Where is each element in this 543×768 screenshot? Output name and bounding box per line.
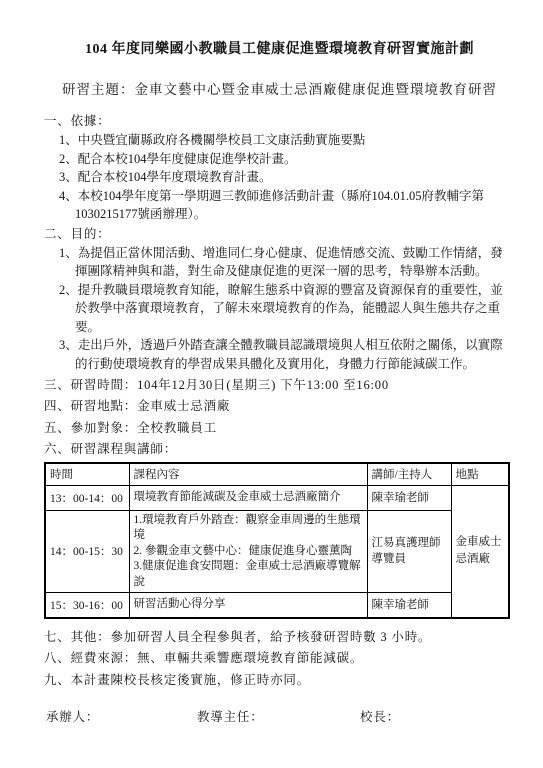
section-funding: 八、經費來源：無、車輛共乘響應環境教育節能減碳。 [44,649,515,668]
section-attendees: 五、參加對象：全校教職員工 [44,419,515,438]
location-merged-cell: 金車威士忌酒廠 [451,485,509,618]
row1-time: 13：00-14：00 [45,485,129,510]
section-purpose-heading: 二、目的： [44,225,515,244]
section-time: 三、研習時間：104年12月30日(星期三) 下午13:00 至16:00 [44,376,515,395]
section-basis-heading: 一、依據： [44,112,515,131]
signature-row: 承辦人： 教導主任： 校長： [44,707,515,726]
document-page: 104 年度同樂國小教職員工健康促進暨環境教育研習實施計劃 研習主題：金車文藝中… [0,0,543,768]
basis-item-3: 3、配合本校104學年度環境教育計畫。 [44,168,515,187]
signature-organizer-label: 承辦人： [46,707,99,725]
row3-content: 研習活動心得分享 [129,593,367,618]
row2-lecturer-line-1: 江易真護理師 [372,535,447,551]
row2-time: 14：00-15：30 [45,510,129,593]
row2-content-line-1: 1.環境教育戶外踏查：觀察金車周邊的生態環境 [134,513,363,544]
col-header-location: 地點 [451,463,509,485]
row2-lecturer-line-2: 導覽員 [372,551,447,567]
section-courses: 六、研習課程與講師： [44,440,515,459]
row2-lecturer: 江易真護理師 導覽員 [367,510,451,593]
basis-item-4: 4、本校104學年度第一學期週三教師進修活動計畫（縣府104.01.05府教輔字… [44,187,515,224]
col-header-lecturer: 講師/主持人 [367,463,451,485]
row3-time: 15：30-16：00 [45,593,129,618]
row3-lecturer: 陳幸瑜老師 [367,593,451,618]
schedule-row-3: 15：30-16：00 研習活動心得分享 陳幸瑜老師 [45,593,509,618]
purpose-item-3: 3、走出戶外，透過戶外踏查讓全體教職員認識環境與人相互依附之關係，以實際的行動使… [44,336,515,373]
basis-item-1: 1、中央暨宜蘭縣政府各機關學校員工文康活動實施要點 [44,131,515,150]
schedule-row-2: 14：00-15：30 1.環境教育戶外踏查：觀察金車周邊的生態環境 2. 參觀… [45,510,509,593]
signature-director-label: 教導主任： [197,707,264,725]
section-approval: 九、本計畫陳校長核定後實施，修正時亦同。 [44,671,515,690]
schedule-table: 時間 課程內容 講師/主持人 地點 13：00-14：00 環境教育節能減碳及金… [44,462,510,619]
row2-content-line-3: 3.健康促進食安問題：金車威士忌酒廠導覽解說 [134,559,363,590]
section-other: 七、其他：參加研習人員全程參與者，給予核發研習時數 3 小時。 [44,628,515,647]
row2-content: 1.環境教育戶外踏查：觀察金車周邊的生態環境 2. 參觀金車文藝中心：健康促進身… [129,510,367,593]
row1-lecturer: 陳幸瑜老師 [367,485,451,510]
schedule-row-1: 13：00-14：00 環境教育節能減碳及金車威士忌酒廠簡介 陳幸瑜老師 金車威… [45,485,509,510]
col-header-time: 時間 [45,463,129,485]
basis-item-2: 2、配合本校104學年度健康促進學校計畫。 [44,150,515,169]
document-subtitle: 研習主題：金車文藝中心暨金車威士忌酒廠健康促進暨環境教育研習 [44,81,515,99]
signature-principal-label: 校長： [360,707,400,725]
row1-content: 環境教育節能減碳及金車威士忌酒廠簡介 [129,485,367,510]
section-place: 四、研習地點：金車威士忌酒廠 [44,397,515,416]
row2-content-line-2: 2. 參觀金車文藝中心：健康促進身心靈薰陶 [134,544,363,560]
purpose-item-2: 2、提升教職員環境教育知能，瞭解生態系中資源的豐富及資源保育的重要性，並於教學中… [44,281,515,337]
col-header-content: 課程內容 [129,463,367,485]
purpose-item-1: 1、為提倡正當休閒活動、增進同仁身心健康、促進情感交流、鼓勵工作情緒，發揮團隊精… [44,244,515,281]
document-title: 104 年度同樂國小教職員工健康促進暨環境教育研習實施計劃 [44,40,515,60]
schedule-header-row: 時間 課程內容 講師/主持人 地點 [45,463,509,485]
